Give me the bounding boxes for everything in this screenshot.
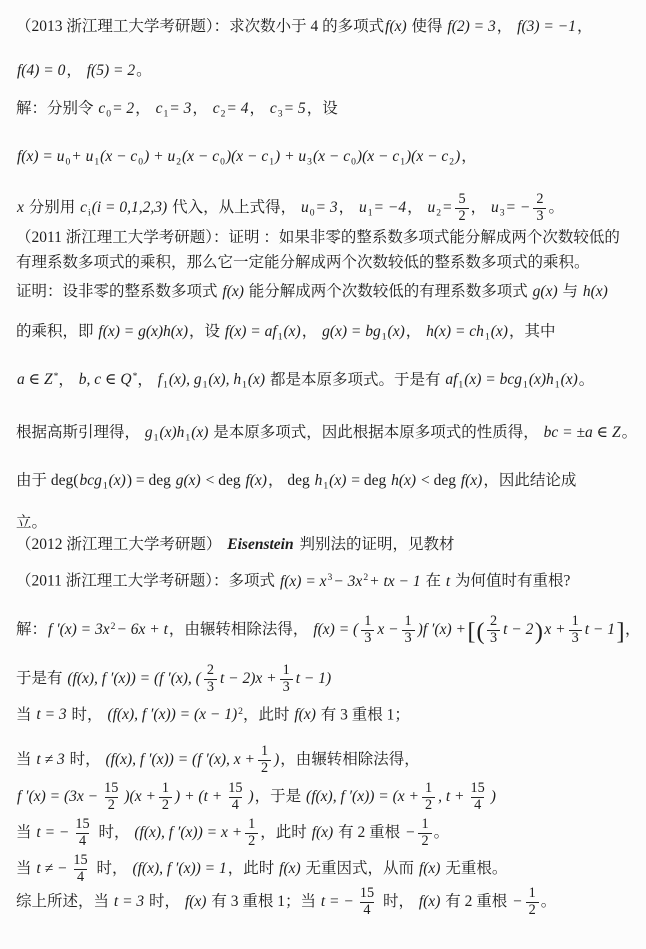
fraction: 23 [487, 614, 500, 647]
fraction: 23 [533, 192, 546, 225]
euclidean-step: f ′(x) = (3x −152)(x +12) + (t +154)，于是 … [16, 781, 634, 814]
fraction: 154 [72, 817, 92, 850]
fraction: 12 [258, 744, 271, 777]
fraction: 13 [280, 663, 293, 696]
case-t-equals-3: 当 t = 3 时， (f(x), f ′(x)) = (x − 1)2，此时 … [16, 701, 634, 726]
problem-2012: （2012 浙江理工大学考研题） Eisenstein 判别法的证明，见教材 [16, 534, 634, 556]
case-t-not-neg-15-4: 当 t ≠ −154 时， (f(x), f ′(x)) = 1，此时 f(x)… [16, 853, 634, 886]
problem-2013-line-1: （2013 浙江理工大学考研题）：求次数小于 4 的多项式f(x) 使得 f(2… [16, 16, 634, 38]
fraction: 154 [225, 781, 245, 814]
fraction: 154 [70, 853, 90, 886]
proof-line-5: 由于 deg(bcg1(x)) = deg g(x) < deg f(x)， d… [16, 470, 634, 497]
solution-2013-interpolation-formula: f(x) = u0+ u1(x − c0) + u2(x − c0)(x − c… [16, 146, 634, 173]
proof-line-2: 的乘积，即 f(x) = g(x)h(x)，设 f(x) = af1(x)， g… [16, 321, 634, 348]
fraction: 154 [468, 781, 488, 814]
document-body: （2013 浙江理工大学考研题）：求次数小于 4 的多项式f(x) 使得 f(2… [16, 16, 634, 919]
proof-line-4: 根据高斯引理得， g1(x)h1(x) 是本原多项式，因此根据本原多项式的性质得… [16, 422, 634, 449]
problem-2011a-line-2: 有理系数多项式的乘积，那么它一定能分解成两个次数较低的整系数多项式的乘积。 [16, 252, 634, 274]
conclusion: 综上所述，当 t = 3 时， f(x) 有 3 重根 1；当 t = −154… [16, 886, 634, 919]
fraction: 12 [159, 781, 172, 814]
solution-2013-setup: 解：分别令 c0= 2， c1= 3， c2= 4， c3= 5，设 [16, 98, 634, 125]
proof-line-6: 立。 [16, 512, 634, 534]
solution-2011b-gcd: 于是有 (f(x), f ′(x)) = (f ′(x), (23t − 2)x… [16, 663, 634, 696]
fraction: 13 [402, 614, 415, 647]
solution-2013-coefficients: x 分别用 ci(i = 0,1,2,3) 代入，从上式得， u0= 3， u1… [16, 192, 634, 225]
proof-line-1: 证明：设非零的整系数多项式 f(x) 能分解成两个次数较低的有理系数多项式 g(… [16, 281, 634, 303]
problem-2013-line-2: f(4) = 0， f(5) = 2。 [16, 60, 634, 82]
case-t-not-3: 当 t ≠ 3 时， (f(x), f ′(x)) = (f ′(x), x +… [16, 744, 634, 777]
solution-2011b-division: 解：f ′(x) = 3x2− 6x + t，由辗转相除法得， f(x) = (… [16, 614, 634, 647]
problem-2011a-line-1: （2011 浙江理工大学考研题）：证明 ：如果非零的整系数多项式能分解成两个次数… [16, 227, 634, 249]
fraction: 12 [245, 817, 258, 850]
fraction: 13 [569, 614, 582, 647]
case-t-equals-neg-15-4: 当 t = −154 时， (f(x), f ′(x)) = x +12，此时 … [16, 817, 634, 850]
problem-2011b: （2011 浙江理工大学考研题）：多项式 f(x) = x3− 3x2+ tx … [16, 567, 634, 592]
fraction: 52 [455, 192, 468, 225]
fraction: 13 [361, 614, 374, 647]
fraction: 12 [418, 817, 431, 850]
fraction: 23 [204, 663, 217, 696]
fraction: 154 [357, 886, 377, 919]
proof-line-3: a ∈ Z*， b, c ∈ Q*， f1(x), g1(x), h1(x) 都… [16, 366, 634, 397]
document-page: （2013 浙江理工大学考研题）：求次数小于 4 的多项式f(x) 使得 f(2… [0, 0, 646, 949]
fraction: 12 [526, 886, 539, 919]
fraction: 152 [101, 781, 121, 814]
fraction: 12 [422, 781, 435, 814]
